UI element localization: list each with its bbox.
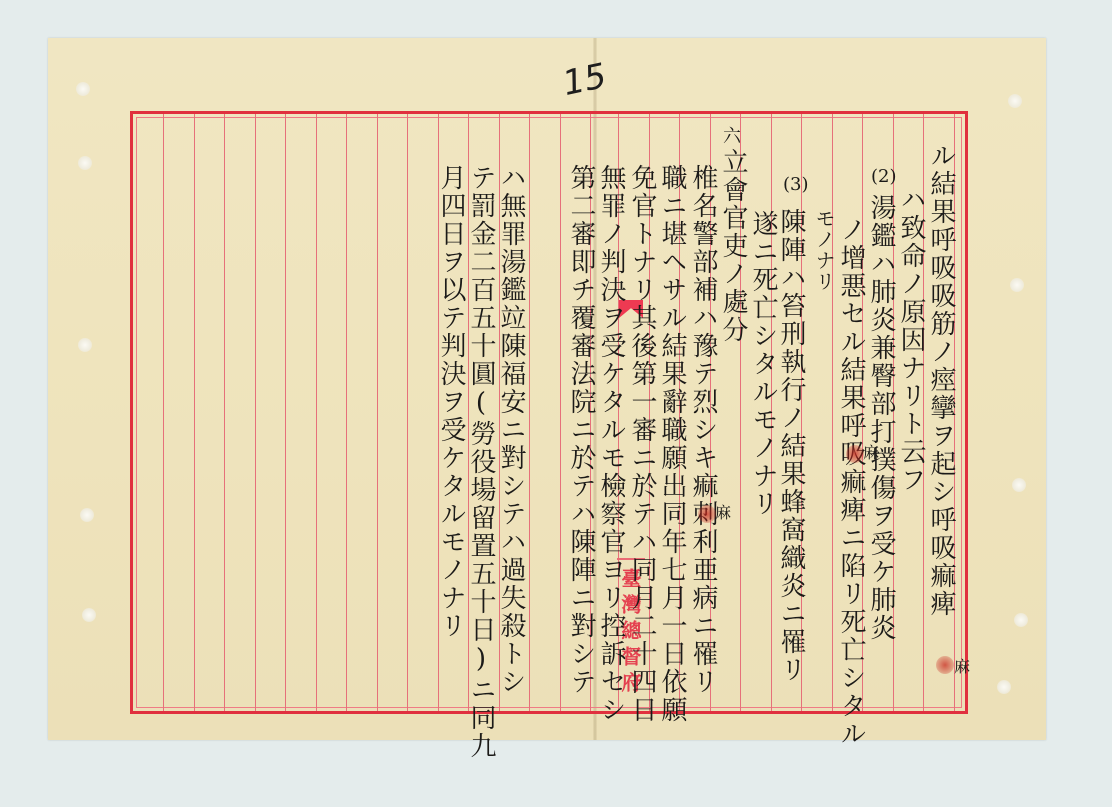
binding-hole [1008,94,1022,108]
column-rule [407,114,408,711]
text-column: 月四日ヲ以テ判決ヲ受ケタルモノナリ [436,164,466,640]
text-column: テ罰金二百五十圓(勞役場留置五十日)ニ同九 [466,164,496,760]
column-rule [560,114,561,711]
binding-hole [1010,278,1024,292]
correction-annotation: 麻 [715,500,731,523]
column-rule [832,114,833,711]
binding-hole [1014,613,1028,627]
section-marker: 六 [723,122,741,148]
column-rule [255,114,256,711]
text-column: ル結果呼吸吸筋ノ痙攣ヲ起シ呼吸痲痺 [926,142,956,618]
text-column: ノ增悪セル結果呼吸痲痺ニ陷リ死亡シタル [836,216,866,748]
text-column: 無罪ノ判決ヲ受ケタルモ檢察官ヨリ控訴セシ [596,164,626,724]
text-column: ハ無罪湯鑑竝陳福安ニ對シテハ過失殺トシ [496,164,526,696]
column-rule [529,114,530,711]
correction-seal [698,505,716,523]
binding-hole [78,338,92,352]
item-marker: (2) [871,166,897,187]
page-number: 15 [559,56,610,104]
text-column: 遂ニ死亡シタルモノナリ [748,210,778,518]
column-rule [224,114,225,711]
column-rule [285,114,286,711]
binding-hole [76,82,90,96]
text-column: 椎名警部補ハ豫テ烈シキ痲刺利亜病ニ罹リ [688,164,718,696]
correction-annotation: 麻 [954,654,970,677]
item-marker: (3) [783,174,809,195]
column-rule [316,114,317,711]
binding-hole [80,508,94,522]
text-column: ハ致命ノ原因ナリト云フ [896,186,926,494]
document-page: 15 臺灣總督府 ル結果呼吸吸筋ノ痙攣ヲ起シ呼吸痲痺 [48,38,1046,740]
correction-annotation: 麻 [863,440,879,463]
column-rule [377,114,378,711]
correction-seal [846,445,864,463]
column-rule [163,114,164,711]
column-rule [346,114,347,711]
correction-seal [936,656,954,674]
text-column: 湯鑑ハ肺炎兼臀部打撲傷ヲ受ケ肺炎 [866,194,896,642]
text-column: 第二審即チ覆審法院ニ於テハ陳陣ニ對シテ [566,164,596,696]
text-column: モノナリ [809,208,839,292]
ruled-frame: 臺灣總督府 ル結果呼吸吸筋ノ痙攣ヲ起シ呼吸痲痺 ハ致命ノ原因ナリト云フ (2) … [130,111,968,714]
binding-hole [82,608,96,622]
text-column: 職ニ堪ヘサル結果辭職願出同年七月一日依願 [657,164,687,724]
column-rule [194,114,195,711]
text-column: 立會官吏ノ處分 [718,148,748,344]
binding-hole [1012,478,1026,492]
text-column: 免官トナリ其後第一審ニ於テハ同月二十四日 [627,164,657,724]
binding-hole [997,680,1011,694]
binding-hole [78,156,92,170]
text-column: 陳陣ハ笞刑執行ノ結果蜂窩織炎ニ罹リ [776,208,806,684]
